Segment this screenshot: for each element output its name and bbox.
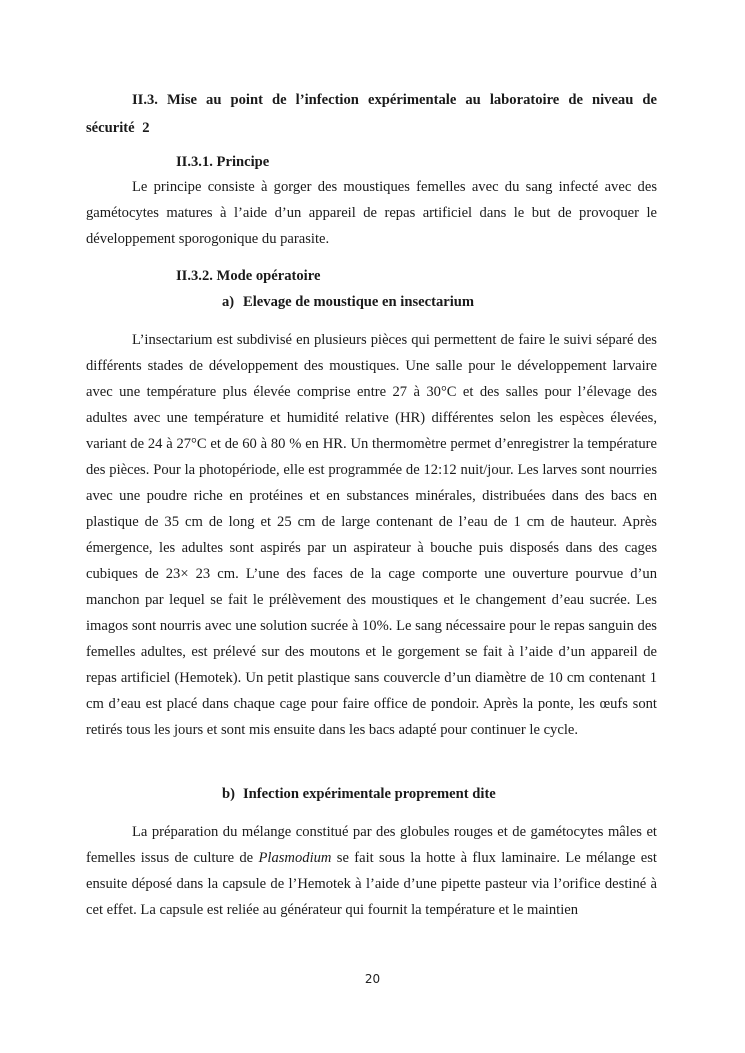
list-marker-a: a) xyxy=(222,292,243,312)
item-heading-elevage-text: Elevage de moustique en insectarium xyxy=(243,294,474,310)
item-heading-infection: b)Infection expérimentale proprement dit… xyxy=(222,784,496,804)
document-page: II.3. Mise au point de l’infection expér… xyxy=(0,0,745,1053)
elevage-paragraph: L’insectarium est subdivisé en plusieurs… xyxy=(86,327,657,743)
infection-paragraph: La préparation du mélange constitué par … xyxy=(86,819,657,923)
principe-paragraph: Le principe consiste à gorger des mousti… xyxy=(86,174,657,252)
item-heading-infection-text: Infection expérimentale proprement dite xyxy=(243,786,496,802)
species-name-plasmodium: Plasmodium xyxy=(258,850,331,866)
subsection-heading-principe: II.3.1. Principe xyxy=(176,152,269,172)
list-marker-b: b) xyxy=(222,784,243,804)
page-number: 20 xyxy=(0,972,745,986)
item-heading-elevage: a)Elevage de moustique en insectarium xyxy=(222,292,474,312)
section-heading-II-3: II.3. Mise au point de l’infection expér… xyxy=(86,86,657,142)
subsection-heading-mode-operatoire: II.3.2. Mode opératoire xyxy=(176,266,320,286)
